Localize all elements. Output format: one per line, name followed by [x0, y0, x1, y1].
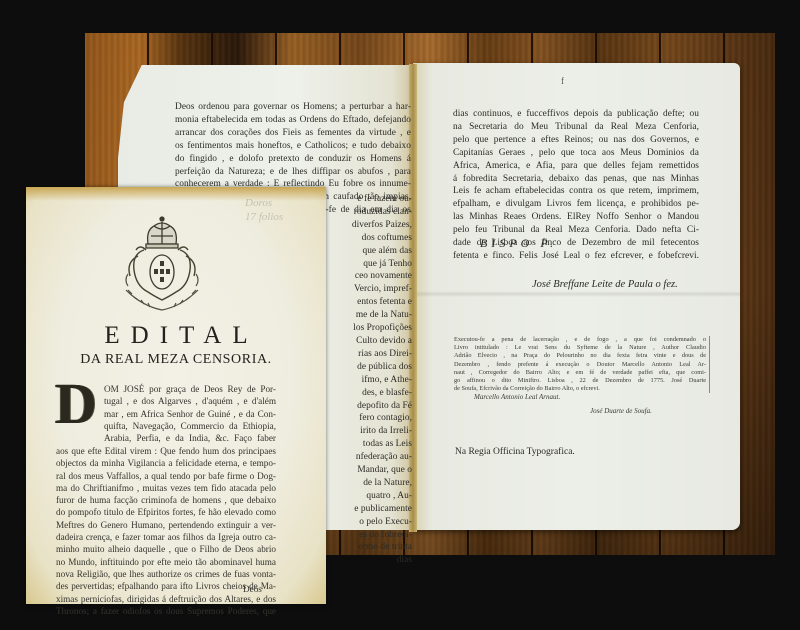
text-line: na Secretaria do Meu Tribunal da Real Me…: [453, 121, 699, 134]
signatory-bispo: BISPO P.: [480, 236, 557, 251]
text-line: ceo novamente: [326, 270, 412, 283]
text-line: Mandar, que o: [326, 464, 412, 477]
text-line: ma do Chriftianifmo , muitas vezes tem f…: [56, 482, 276, 494]
page-mark: f: [561, 76, 564, 86]
text-line: quifta, Navegação, Commercio da Ethiopia…: [104, 420, 276, 432]
text-line: e publicamente: [326, 503, 412, 516]
text-line: Vercio, impref-: [326, 283, 412, 296]
text-line: Doros: [245, 196, 283, 210]
edict-title: EDITAL: [26, 322, 326, 350]
text-line: minho muito alheio daquelle , que o Filh…: [56, 543, 276, 555]
edict-opening-lines: OM JOSÉ por graça de Deos Rey de Por- tu…: [104, 383, 276, 444]
scribe-signature: José Breffane Leite de Paula o fez.: [532, 279, 678, 290]
text-line: fetenta e finco. Felis José Leal o fez e…: [453, 250, 699, 263]
text-line: Executou-fe a pena de lacerração , e de …: [454, 336, 706, 344]
signature-marcello: Marcello Antonio Leal Arnaut.: [474, 393, 560, 401]
text-line: dias continuos, e fucceffivos depois da …: [453, 108, 699, 121]
text-line: á fobredita Secretaria, debaixo das pena…: [453, 173, 699, 186]
text-line: e fe fazem ou-: [326, 193, 412, 206]
text-line: nova Religião, que lhes authorize os cri…: [56, 568, 276, 580]
text-line: todas as Leis: [326, 438, 412, 451]
text-line: naut , Corregedor do Bairro Alto; e em f…: [454, 369, 706, 377]
text-line: pelo que pertence a eftes Reinos; ou nas…: [453, 134, 699, 147]
text-line: rias aos Direi-: [326, 348, 412, 361]
text-line: ermo de trinta: [326, 541, 412, 554]
text-line: 17 folios: [245, 210, 283, 224]
dropcap-initial: D: [55, 381, 103, 427]
text-line: do pompofo titulo de Efpiritos fortes, f…: [56, 506, 276, 518]
text-line: objectos da minha Vigilancia a felicidad…: [56, 457, 276, 469]
text-line: furor de huma facção criminofa de homens…: [56, 494, 276, 506]
text-line: depofito da Fé: [326, 400, 412, 413]
text-line: o pelo Execu-: [326, 516, 412, 529]
text-line: que além das: [326, 245, 412, 258]
text-line: fero contagio,: [326, 412, 412, 425]
execution-notice: Executou-fe a pena de lacerração , e de …: [454, 336, 710, 393]
text-line: dadeira crença, e fazer tomar aos filhos…: [56, 531, 276, 543]
text-line: Meftres do Genero Humano, pertendendo ex…: [56, 519, 276, 531]
text-line: perfeição da Natureza; e de lhes diffipa…: [175, 166, 411, 179]
text-line: os fentimentos mais honeftos, e Catholic…: [175, 140, 411, 153]
text-line: de pública dos: [326, 361, 412, 374]
text-line: Arabia, Perfia, e da India, &c. Faço fab…: [104, 432, 276, 444]
text-line: monia eftabelecida em todas as Ordens do…: [175, 114, 411, 127]
text-line: mar , em Africa Senhor de Guiné , e da C…: [104, 408, 276, 420]
text-line: Leis fe acham eftabelecidas contra os qu…: [453, 185, 699, 198]
text-line: tugal , e dos Algarves , d'aquém , e d'a…: [104, 395, 276, 407]
text-line: Capitanías Geraes , pelo que toca aos Me…: [453, 147, 699, 160]
text-line: roduzidas clan-: [326, 206, 412, 219]
left-page-column-fragments: e fe fazem ou- roduzidas clan- diverfos …: [326, 193, 412, 567]
text-line: las Minhas Reaes Ordens. ElRey Noffo Sen…: [453, 211, 699, 224]
printer-imprint: Na Regia Officina Typografica.: [455, 447, 575, 457]
text-line: irito da Irreli-: [326, 425, 412, 438]
text-line: Adriâo Elvecio , na Praça do Pelourinho …: [454, 352, 706, 360]
text-line: Dezembro , fendo prefente á execução o D…: [454, 361, 706, 369]
catchword: Deos: [243, 584, 262, 594]
edict-subtitle: DA REAL MEZA CENSORIA.: [26, 352, 326, 368]
text-line: que já Tenho: [326, 258, 412, 271]
pencil-annotation: Doros 17 folios: [245, 196, 283, 224]
text-line: de la Nature,: [326, 477, 412, 490]
text-line: dos coftumes: [326, 232, 412, 245]
text-line: entos fetenta e: [326, 296, 412, 309]
signature-jose-duarte: José Duarte de Soufa.: [590, 407, 652, 415]
text-line: diverfos Paizes,: [326, 219, 412, 232]
text-line: los Propofições: [326, 322, 412, 335]
text-line: Culto devido a: [326, 335, 412, 348]
text-line: des, e blasfe-: [326, 387, 412, 400]
text-line: es do fobredi-: [326, 529, 412, 542]
text-line: aos que efte Edital virem : Que fendo hu…: [56, 445, 276, 457]
text-line: Africa, America, e Afia, para que delles…: [453, 160, 699, 173]
royal-crest-icon: [118, 214, 206, 314]
text-line: ifmo, e Athe-: [326, 374, 412, 387]
text-line: Livro intitulado : Le vrai Sens du Syfte…: [454, 344, 706, 352]
text-line: go affinou o dito Miniftro. Lisboa , 22 …: [454, 377, 706, 385]
text-line: do fingido , e dolofo pretexto de conduz…: [175, 153, 411, 166]
text-line: me de la Natu-: [326, 309, 412, 322]
text-line: ral dos meus Vaffallos, a qual tendo por…: [56, 470, 276, 482]
text-line: Deos ordenou para governar os Homens; a …: [175, 101, 411, 114]
text-line: ximas perniciofas, dirigidas á deftruiçã…: [56, 593, 276, 605]
text-line: OM JOSÉ por graça de Deos Rey de Por-: [104, 383, 276, 395]
text-line: no Mundo, inftituindo por efte meio tão …: [56, 556, 276, 568]
text-line: nfederação au-: [326, 451, 412, 464]
text-line: quatro , Au-: [326, 490, 412, 503]
text-line: arrancar dos corações dos Fieis as femen…: [175, 127, 411, 140]
text-line: Thronos; a fazer odiofos os dous Supremo…: [56, 605, 276, 617]
text-line: efpalham, e divulgam Livros fem licença,…: [453, 198, 699, 211]
text-line: dias: [326, 554, 412, 567]
